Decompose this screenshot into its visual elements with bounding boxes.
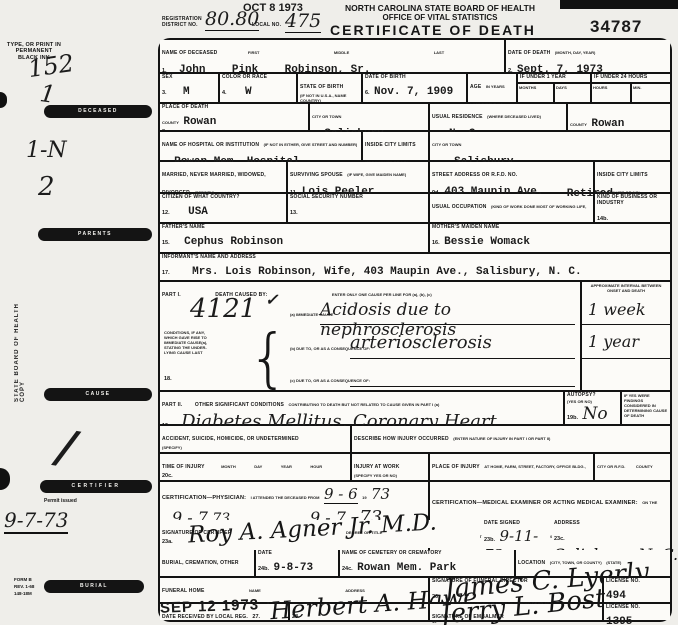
time-col-hour: HOUR — [310, 464, 322, 469]
field-ssn: SOCIAL SECURITY NUMBER 13. — [288, 194, 428, 222]
certificate-title: CERTIFICATE OF DEATH — [330, 22, 536, 38]
part1-interval-column: APPROXIMATE INTERVAL BETWEEN ONSET AND D… — [582, 282, 670, 390]
brace: { — [248, 322, 289, 396]
tab-parents: PARENTS — [38, 228, 152, 241]
accident-label: ACCIDENT, SUICIDE, HOMICIDE, OR UNDETERM… — [162, 436, 299, 442]
place-injury-label: PLACE OF INJURY — [432, 464, 480, 470]
field-how-injury: DESCRIBE HOW INJURY OCCURRED (ENTER NATU… — [352, 426, 670, 452]
dob-value: Nov. 7, 1909 — [374, 86, 453, 98]
time-injury-num: 20c. — [162, 473, 348, 479]
part1-note: ENTER ONLY ONE CAUSE PER LINE FOR (a), (… — [332, 292, 432, 297]
sex-value: M — [183, 86, 190, 98]
res-county-value: Rowan — [591, 118, 624, 130]
reg-district-label: REGISTRATION DISTRICT NO. — [162, 17, 210, 29]
race-value: W — [245, 86, 252, 98]
name-col-middle: MIDDLE — [334, 50, 349, 55]
embalmer-license-label: LICENSE NO. — [606, 605, 668, 611]
certifier-sig-label: SIGNATURE OF CERTIFIER — [162, 530, 232, 536]
field-date-of-birth: DATE OF BIRTH 6. Nov. 7, 1909 — [363, 74, 466, 102]
margin-handwriting-2: 2 — [38, 172, 55, 202]
field-burial-location: LOCATION (CITY, TOWN, OR COUNTY) (STATE)… — [516, 550, 670, 576]
field-embalmer-signature: SIGNATURE OF EMBALMER Jerry L. Bost — [430, 604, 602, 620]
informant-num: 17. — [162, 270, 170, 276]
field-autopsy: AUTOPSY? (YES OR NO) 19b. No — [565, 392, 620, 424]
registrar-num: 28. — [292, 614, 300, 620]
field-citizen: CITIZEN OF WHAT COUNTRY? 12. USA — [160, 194, 286, 222]
mother-label: MOTHER'S MAIDEN NAME — [432, 225, 668, 231]
field-time-of-injury: TIME OF INJURY MONTH DAY YEAR HOUR 20c. — [160, 454, 350, 480]
loc-county-label: COUNTY — [636, 464, 653, 469]
field-state-of-birth: STATE OF BIRTH (IF NOT IN U.S.A., NAME C… — [298, 74, 361, 102]
burial-loc-sub: (CITY, TOWN, OR COUNTY) — [550, 560, 602, 565]
tab-cause: CAUSE — [44, 388, 152, 401]
field-date-signed: DATE SIGNED 23b. 9-11-73 — [482, 520, 550, 548]
part2-label: OTHER SIGNIFICANT CONDITIONS — [195, 402, 284, 408]
citizen-value: USA — [188, 206, 208, 218]
part2-title: PART II. — [162, 402, 182, 408]
cert-from-value: 9 - 6 — [324, 485, 358, 504]
dod-label: DATE OF DEATH — [508, 50, 550, 56]
embalmer-license-value: 1395 — [606, 616, 632, 625]
race-num: 4. — [222, 90, 227, 96]
occ-label: USUAL OCCUPATION — [432, 204, 487, 210]
pod-incity-label: INSIDE CITY LIMITS — [365, 142, 416, 148]
spouse-sub: (IF WIFE, GIVE MAIDEN NAME) — [347, 172, 406, 177]
form-note-1: FORM B — [14, 576, 34, 583]
funeral-name-sub: NAME — [249, 588, 261, 593]
director-license-label: LICENSE NO. — [606, 579, 668, 585]
res-city-label: CITY OR TOWN — [432, 142, 461, 147]
dod-sub: (MONTH, DAY, YEAR) — [555, 50, 595, 55]
part2-note: CONTRIBUTING TO DEATH BUT NOT RELATED TO… — [289, 402, 440, 407]
cert-me-title: CERTIFICATION—MEDICAL EXAMINER OR ACTING… — [432, 500, 638, 506]
autopsy-num: 19b. — [567, 415, 578, 421]
interval-header: APPROXIMATE INTERVAL BETWEEN ONSET AND D… — [584, 283, 668, 293]
informant-label: INFORMANT'S NAME AND ADDRESS — [162, 255, 668, 261]
field-date-of-death: DATE OF DEATH (MONTH, DAY, YEAR) 2. Sept… — [506, 40, 670, 72]
dob-num: 6. — [365, 90, 370, 96]
tab-deceased: DECEASED — [44, 105, 152, 118]
field-burial-date: DATE 24b. 9-8-73 — [256, 550, 338, 576]
field-business: KIND OF BUSINESS OR INDUSTRY 14b. — [595, 194, 670, 222]
pod-header: PLACE OF DEATH — [162, 105, 306, 111]
informant-value: Mrs. Lois Robinson, Wife, 403 Maupin Ave… — [192, 266, 581, 278]
cert-phys-title: CERTIFICATION—PHYSICIAN: — [162, 495, 246, 501]
date-signed-num: 23b. — [484, 537, 495, 543]
edge-mark — [0, 92, 7, 108]
burial-date-label: DATE — [258, 551, 336, 557]
accident-sub: (SPECIFY) — [162, 445, 348, 450]
cert-yr1: 19 — [362, 495, 366, 500]
cause-code: 4121 — [190, 294, 256, 324]
citizen-num: 12. — [162, 210, 170, 216]
form-note-2: REV. 1-68 — [14, 583, 34, 590]
field-registrar-signature: 28. Herbert A. Hawe — [290, 604, 428, 620]
atwork-sub: (SPECIFY YES OR NO) — [354, 473, 426, 478]
res-header-sub: (WHERE DECEASED LIVED) — [487, 114, 541, 119]
time-col-year: YEAR — [281, 464, 292, 469]
pod-county-label: COUNTY — [162, 120, 179, 125]
race-label: COLOR OR RACE — [222, 75, 294, 81]
form-note-3: 148-18M — [14, 590, 34, 597]
under1-label: IF UNDER 1 YEAR — [518, 74, 590, 82]
how-injury-label: DESCRIBE HOW INJURY OCCURRED — [354, 436, 449, 442]
sob-sub: (IF NOT IN U.S.A., NAME COUNTRY) — [300, 93, 359, 103]
field-accident: ACCIDENT, SUICIDE, HOMICIDE, OR UNDETERM… — [160, 426, 350, 452]
hospital-sub: (IF NOT IN EITHER, GIVE STREET AND NUMBE… — [264, 142, 358, 147]
field-sex: SEX 3. M — [160, 74, 218, 102]
received-stamp: SEP 12 1973 — [160, 596, 260, 616]
degree-label: DEGREE OR TITLE — [346, 530, 382, 535]
edge-mark-2 — [0, 468, 10, 490]
permit-note: Permit issued — [44, 498, 77, 504]
street-label: STREET ADDRESS OR R.F.D. No. — [432, 172, 517, 178]
field-under-1-year: IF UNDER 1 YEAR MONTHS DAYS — [518, 74, 590, 102]
dob-label: DATE OF BIRTH — [365, 75, 464, 81]
business-label: KIND OF BUSINESS OR INDUSTRY — [597, 195, 668, 207]
field-informant: INFORMANT'S NAME AND ADDRESS 17. Mrs. Lo… — [160, 254, 670, 280]
father-value: Cephus Robinson — [184, 236, 283, 248]
hospital-label: NAME OF HOSPITAL OR INSTITUTION — [162, 142, 259, 148]
res-header: USUAL RESIDENCE — [432, 114, 483, 120]
field-res-county: COUNTY Rowan 9b. — [568, 104, 670, 130]
field-pod-inside-city: INSIDE CITY LIMITS (SPECIFY YES OR NO) 8… — [363, 132, 428, 160]
under24-label: IF UNDER 24 HOURS — [592, 74, 670, 82]
pod-county-value: Rowan — [183, 116, 216, 128]
field-pod-city: CITY OR TOWN 8b. Salisbury — [310, 104, 428, 130]
director-license-value: 494 — [606, 590, 626, 602]
received-num: 27. — [252, 614, 260, 620]
line-c-num: 18. — [164, 376, 172, 382]
field-father: FATHER'S NAME 15. Cephus Robinson — [160, 224, 428, 252]
local-no-label: LOCAL NO. — [252, 23, 281, 29]
citizen-label: CITIZEN OF WHAT COUNTRY? — [162, 195, 284, 201]
time-col-day: DAY — [254, 464, 262, 469]
field-spouse: SURVIVING SPOUSE (IF WIFE, GIVE MAIDEN N… — [288, 162, 428, 192]
field-director-license: LICENSE NO. 494 — [604, 578, 670, 602]
field-embalmer-license: LICENSE NO. 1395 — [604, 604, 670, 620]
atwork-label: INJURY AT WORK — [354, 464, 400, 470]
funeral-home-label: FUNERAL HOME — [162, 588, 205, 594]
spouse-label: SURVIVING SPOUSE — [290, 172, 343, 178]
org-line2: OFFICE OF VITAL STATISTICS — [310, 13, 570, 22]
time-injury-label: TIME OF INJURY — [162, 464, 205, 470]
field-marital: MARRIED, NEVER MARRIED, WIDOWED, DIVORCE… — [160, 162, 286, 192]
margin-stroke: / — [53, 419, 79, 475]
autopsy-value: No — [582, 404, 607, 424]
certifier-sig-num: 23a. — [162, 539, 478, 545]
age-label: AGE — [470, 84, 481, 90]
copy-designation: STATE BOARD OF HEALTH COPY — [14, 292, 26, 402]
org-line1: NORTH CAROLINA STATE BOARD OF HEALTH — [310, 3, 570, 13]
margin-handwriting-1n: 1-N — [26, 138, 67, 163]
part1-cause-section: PART I. DEATH CAUSED BY: ENTER ONLY ONE … — [160, 282, 580, 390]
embalmer-label: SIGNATURE OF EMBALMER — [432, 614, 504, 620]
ssn-label: SOCIAL SECURITY NUMBER — [290, 195, 426, 201]
certifier-addr-num: 23c. — [554, 536, 565, 542]
cert-phys-attended: I ATTENDED THE DECEASED FROM — [251, 495, 320, 500]
business-num: 14b. — [597, 216, 608, 222]
corner-bar — [560, 0, 678, 9]
field-occupation: USUAL OCCUPATION (KIND OF WORK DONE MOST… — [430, 194, 593, 222]
sob-label: STATE OF BIRTH — [300, 84, 343, 90]
loc-city-label: CITY OR R.F.D. — [597, 464, 625, 469]
field-cemetery: NAME OF CEMETERY OR CREMATORY 24c. Rowan… — [340, 550, 514, 576]
conditions-note: CONDITIONS, IF ANY, WHICH GAVE RISE TO I… — [164, 330, 218, 355]
name-col-last: LAST — [434, 50, 444, 55]
cause-code-check: ✓ — [265, 290, 278, 309]
findings-label: IF YES WERE FINDINGS CONSIDERED IN DETER… — [624, 393, 668, 418]
funeral-addr-sub: ADDRESS — [345, 588, 365, 593]
field-hospital: NAME OF HOSPITAL OR INSTITUTION (IF NOT … — [160, 132, 361, 160]
org-name: NORTH CAROLINA STATE BOARD OF HEALTH OFF… — [310, 3, 570, 22]
field-findings: IF YES WERE FINDINGS CONSIDERED IN DETER… — [622, 392, 670, 424]
tab-certifier: CERTIFIER — [40, 480, 152, 493]
field-under-24-hours: IF UNDER 24 HOURS HOURS MIN. — [592, 74, 670, 102]
director-label: SIGNATURE OF FUNERAL DIRECTOR — [432, 579, 600, 585]
field-mother: MOTHER'S MAIDEN NAME 16. Bessie Womack — [430, 224, 670, 252]
father-num: 15. — [162, 240, 170, 246]
line-b-value: arteriosclerosis — [350, 332, 492, 353]
sex-num: 3. — [162, 90, 167, 96]
margin-date: 9-7-73 — [4, 508, 68, 534]
certificate-form: NAME OF DECEASED FIRST MIDDLE LAST 1. Jo… — [158, 38, 672, 622]
field-place-of-injury: PLACE OF INJURY AT HOME, FARM, STREET, F… — [430, 454, 593, 480]
name-col-first: FIRST — [248, 50, 260, 55]
how-injury-note: (ENTER NATURE OF INJURY IN PART I OR PAR… — [453, 436, 550, 441]
form-number: FORM B REV. 1-68 148-18M — [14, 576, 34, 598]
ssn-num: 13. — [290, 210, 298, 216]
margin-handwriting-152: 152 — [26, 49, 75, 83]
father-label: FATHER'S NAME — [162, 225, 426, 231]
cemetery-label: NAME OF CEMETERY OR CREMATORY — [342, 551, 512, 557]
field-certifier-address: ADDRESS 23c. Salisbury, N. C. — [552, 520, 670, 548]
line-a-interval: 1 week — [588, 300, 646, 319]
mother-num: 16. — [432, 240, 440, 246]
line-b-interval: 1 year — [588, 332, 639, 351]
director-num: 26. — [432, 594, 440, 600]
field-name-of-deceased: NAME OF DECEASED FIRST MIDDLE LAST 1. Jo… — [160, 40, 504, 72]
field-res-city: CITY OR TOWN 9c. Salisbury — [430, 132, 670, 160]
cert-from-yr: 73 — [371, 485, 390, 503]
field-race: COLOR OR RACE 4. W — [220, 74, 296, 102]
sex-label: SEX — [162, 75, 216, 81]
field-pod-county: PLACE OF DEATH COUNTY Rowan 8a. — [160, 104, 308, 130]
pod-city-label: CITY OR TOWN — [312, 114, 341, 119]
name-label: NAME OF DECEASED — [162, 50, 217, 56]
field-signature-certifier: SIGNATURE OF CERTIFIER DEGREE OR TITLE 2… — [160, 520, 480, 548]
res-incity-label: INSIDE CITY LIMITS — [597, 172, 648, 178]
field-res-state: USUAL RESIDENCE (WHERE DECEASED LIVED) S… — [430, 104, 566, 130]
certifier-addr-label: ADDRESS — [554, 521, 668, 527]
certificate-number: 34787 — [590, 17, 642, 37]
part2-section: PART II. OTHER SIGNIFICANT CONDITIONS CO… — [160, 392, 563, 424]
burial-type-label: BURIAL, CREMATION, OTHER — [162, 560, 239, 566]
burial-date-value: 9-8-73 — [273, 562, 313, 574]
burial-date-num: 24b. — [258, 566, 269, 572]
part1-title: PART I. — [162, 292, 181, 298]
time-col-month: MONTH — [221, 464, 236, 469]
res-county-label: COUNTY — [570, 122, 587, 127]
field-injury-at-work: INJURY AT WORK (SPECIFY YES OR NO) 20d. — [352, 454, 428, 480]
cemetery-value: Rowan Mem. Park — [357, 562, 456, 574]
field-age: AGE IN YEARS LAST BIRTHDAY 7. 63 — [468, 74, 516, 102]
field-injury-location: CITY OR R.F.D. COUNTY STATE 20f. — [595, 454, 670, 480]
field-burial-type: BURIAL, CREMATION, OTHER (SPECIFY) 24a. … — [160, 550, 254, 576]
field-date-received: DATE RECEIVED BY LOCAL REG. 27. SEP 12 1… — [160, 604, 288, 620]
tab-burial: BURIAL — [44, 580, 144, 593]
cemetery-num: 24c. — [342, 566, 353, 572]
mother-value: Bessie Womack — [444, 236, 530, 248]
local-no-value: 475 — [285, 10, 321, 33]
burial-loc-label: LOCATION — [518, 560, 545, 566]
field-funeral-director: SIGNATURE OF FUNERAL DIRECTOR 26. James … — [430, 578, 602, 602]
burial-loc-state: (STATE) — [606, 560, 621, 565]
